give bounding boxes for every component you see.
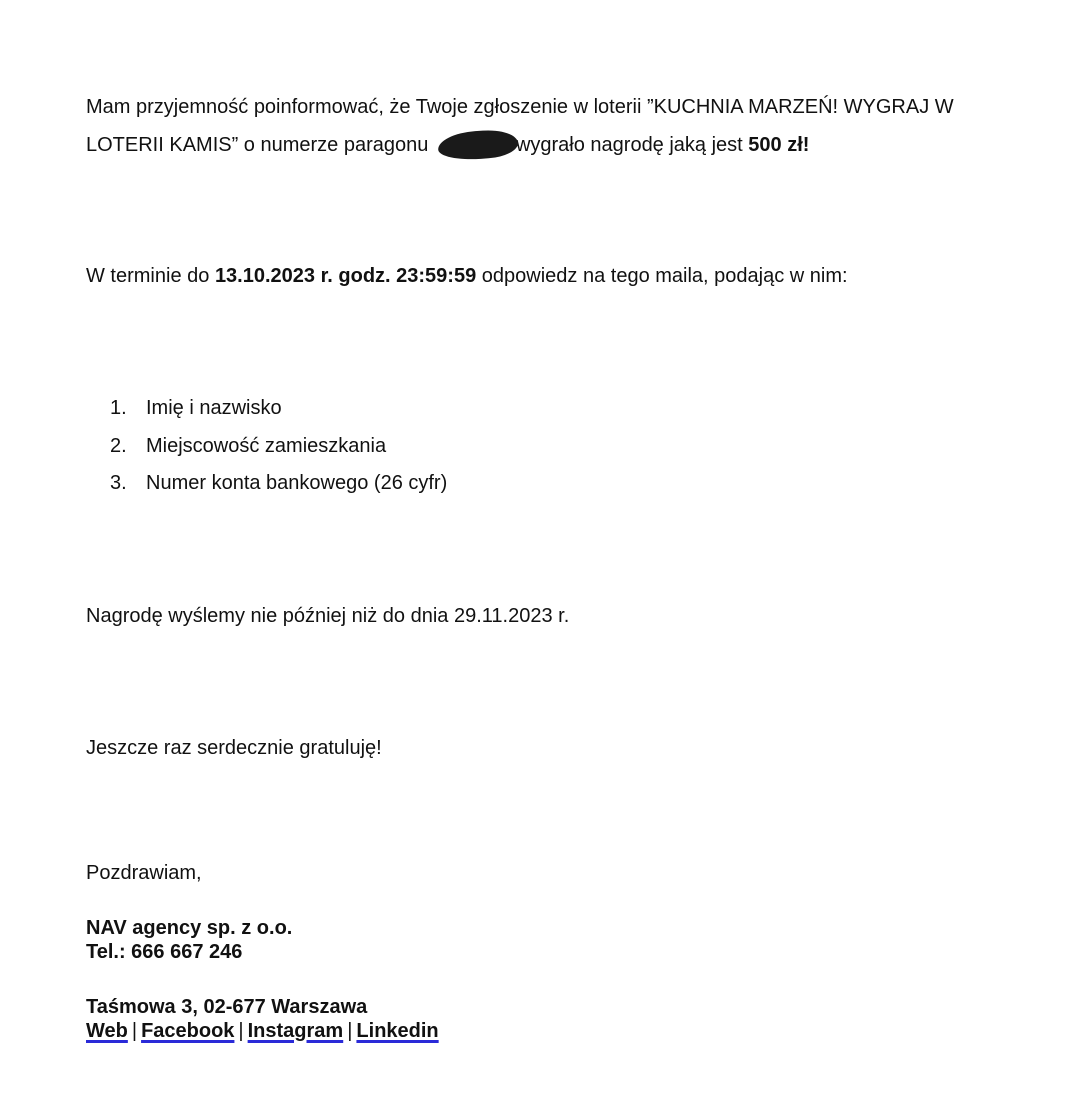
prize-amount: 500 zł!: [748, 134, 809, 156]
company-address: Taśmowa 3, 02-677 Warszawa: [86, 995, 439, 1019]
list-item: 2. Miejscowość zamieszkania: [86, 428, 447, 466]
company-phone: Tel.: 666 667 246: [86, 940, 292, 964]
paragraph-winning-notice: Mam przyjemność poinformować, że Twoje z…: [86, 88, 996, 164]
company-name: NAV agency sp. z o.o.: [86, 916, 292, 940]
list-label: Imię i nazwisko: [146, 390, 282, 428]
list-label: Numer konta bankowego (26 cyfr): [146, 465, 447, 503]
closing-greeting: Pozdrawiam,: [86, 854, 202, 892]
deadline-text-after: odpowiedz na tego maila, podając w nim:: [476, 265, 847, 287]
list-item: 3. Numer konta bankowego (26 cyfr): [86, 465, 447, 503]
web-link[interactable]: Web: [86, 1020, 128, 1042]
paragraph-deadline: W terminie do 13.10.2023 r. godz. 23:59:…: [86, 257, 848, 295]
redacted-receipt-number: [437, 128, 519, 162]
link-separator: |: [238, 1020, 243, 1042]
list-number: 1.: [86, 390, 146, 428]
facebook-link[interactable]: Facebook: [141, 1020, 234, 1042]
list-number: 2.: [86, 428, 146, 466]
list-item: 1. Imię i nazwisko: [86, 390, 447, 428]
deadline-text: W terminie do: [86, 265, 215, 287]
notice-text-after: wygrało nagrodę jaką jest: [516, 134, 748, 156]
link-separator: |: [132, 1020, 137, 1042]
list-label: Miejscowość zamieszkania: [146, 428, 386, 466]
instagram-link[interactable]: Instagram: [248, 1020, 344, 1042]
list-number: 3.: [86, 465, 146, 503]
signature-links: Web|Facebook|Instagram|Linkedin: [86, 1019, 439, 1043]
link-separator: |: [347, 1020, 352, 1042]
deadline-date: 13.10.2023 r. godz. 23:59:59: [215, 265, 476, 287]
signature-company-block: NAV agency sp. z o.o. Tel.: 666 667 246: [86, 916, 292, 964]
required-info-list: 1. Imię i nazwisko 2. Miejscowość zamies…: [86, 390, 447, 503]
paragraph-congratulations: Jeszcze raz serdecznie gratuluję!: [86, 729, 382, 767]
paragraph-delivery-date: Nagrodę wyślemy nie później niż do dnia …: [86, 597, 569, 635]
linkedin-link[interactable]: Linkedin: [356, 1020, 438, 1042]
signature-address-block: Taśmowa 3, 02-677 Warszawa Web|Facebook|…: [86, 995, 439, 1043]
